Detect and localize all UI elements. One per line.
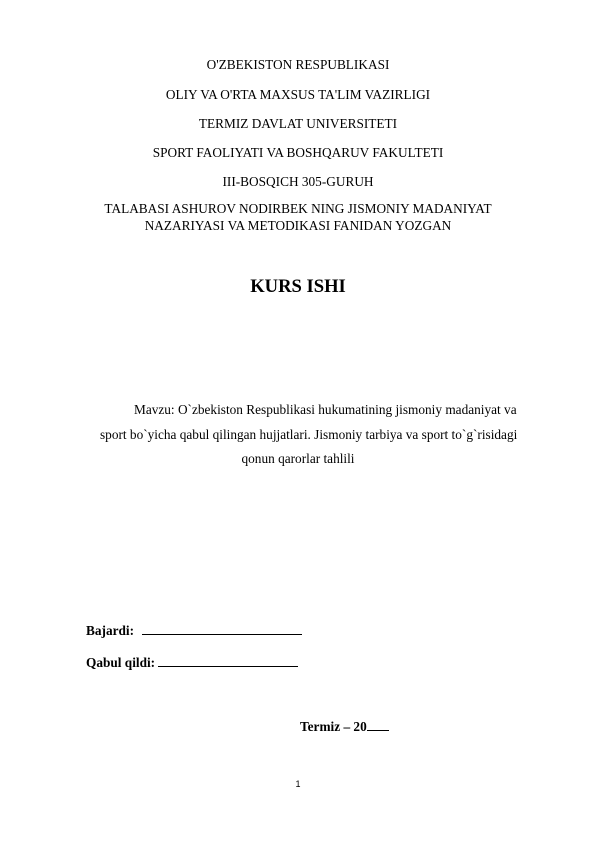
topic-line-3: qonun qarorlar tahlili (0, 451, 596, 467)
accepted-by-label: Qabul qildi: (86, 655, 155, 670)
accepted-by-field: Qabul qildi: (86, 654, 298, 671)
performed-by-field: Bajardi: (86, 622, 302, 639)
document-page: O'ZBEKISTON RESPUBLIKASI OLIY VA O'RTA M… (0, 0, 596, 842)
performed-by-label: Bajardi: (86, 623, 134, 638)
document-title: KURS ISHI (0, 276, 596, 298)
accepted-by-blank (158, 654, 298, 667)
header-ministry: OLIY VA O'RTA MAXSUS TA'LIM VAZIRLIGI (0, 87, 596, 103)
page-number: 1 (0, 779, 596, 789)
performed-by-blank (142, 622, 302, 635)
topic-line-1: Mavzu: O`zbekiston Respublikasi hukumati… (134, 402, 517, 418)
topic-line-2: sport bo`yicha qabul qilingan hujjatlari… (100, 427, 517, 443)
header-university: TERMIZ DAVLAT UNIVERSITETI (0, 116, 596, 132)
city-year-text: Termiz – 20 (300, 719, 367, 734)
city-year: Termiz – 20 (300, 719, 389, 735)
year-blank (367, 719, 389, 731)
header-student-line-2: NAZARIYASI VA METODIKASI FANIDAN YOZGAN (0, 218, 596, 234)
header-country: O'ZBEKISTON RESPUBLIKASI (0, 57, 596, 73)
header-group: III-BOSQICH 305-GURUH (0, 174, 596, 190)
header-faculty: SPORT FAOLIYATI VA BOSHQARUV FAKULTETI (0, 145, 596, 161)
header-student-line-1: TALABASI ASHUROV NODIRBEK NING JISMONIY … (0, 201, 596, 217)
